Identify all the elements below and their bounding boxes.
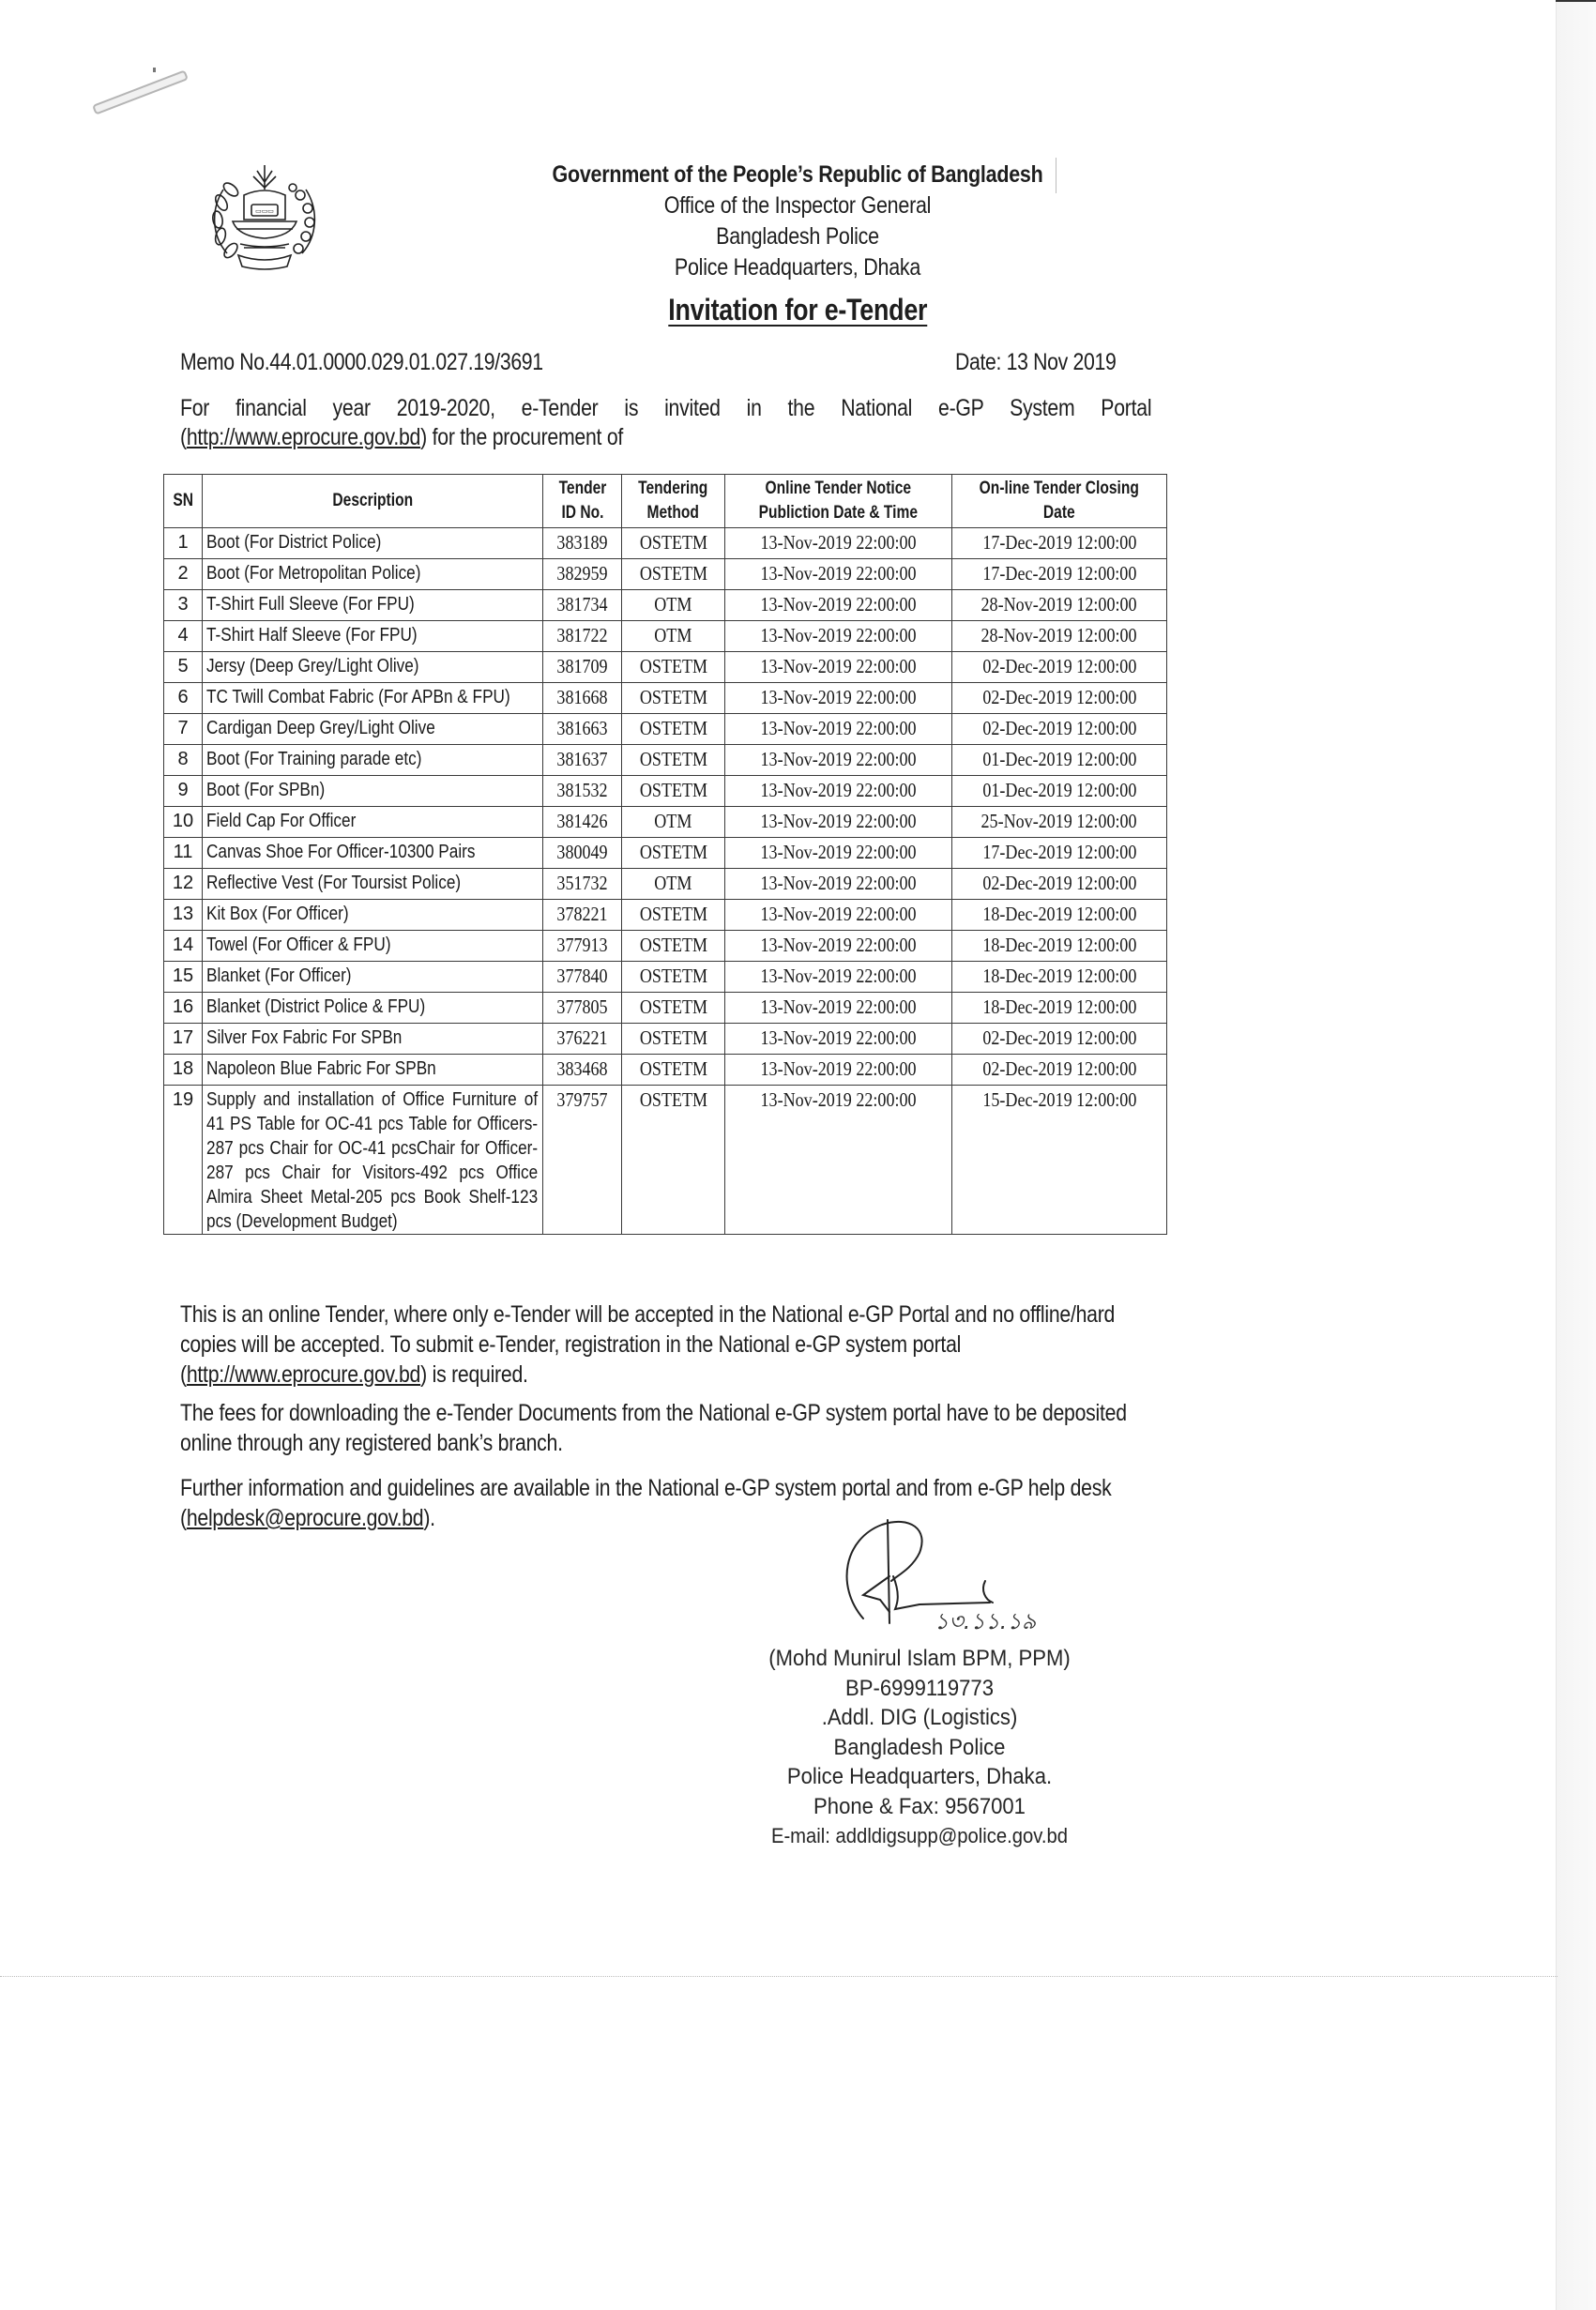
phone-fax: Phone & Fax: 9567001 [747, 1792, 1092, 1822]
table-row: 9Boot (For SPBn)381532OSTETM13-Nov-2019 … [164, 776, 1167, 807]
row-publication-date-text: 13-Nov-2019 22:00:00 [760, 962, 916, 990]
paren: ( [180, 424, 187, 450]
row-description: Towel (For Officer & FPU) [203, 931, 543, 962]
signatory-office: Police Headquarters, Dhaka. [747, 1762, 1092, 1792]
row-tender-id: 377840 [543, 962, 622, 993]
row-description: Supply and installation of Office Furnit… [203, 1086, 543, 1235]
column-header-label: SN [173, 489, 193, 513]
row-description: T-Shirt Full Sleeve (For FPU) [203, 590, 543, 621]
row-description: Boot (For Metropolitan Police) [203, 559, 543, 590]
row-description: Blanket (District Police & FPU) [203, 993, 543, 1024]
scan-edge-strip [1556, 0, 1596, 2310]
row-sn-text: 18 [173, 1058, 193, 1079]
row-sn-text: 17 [173, 1027, 193, 1048]
table-row: 6TC Twill Combat Fabric (For APBn & FPU)… [164, 683, 1167, 714]
row-method: OSTETM [622, 838, 725, 869]
row-sn-text: 14 [173, 935, 193, 955]
row-sn-text: 6 [177, 687, 188, 707]
row-closing-date-text: 02-Dec-2019 12:00:00 [982, 714, 1136, 742]
row-publication-date: 13-Nov-2019 22:00:00 [725, 714, 952, 745]
row-tender-id: 351732 [543, 869, 622, 900]
row-tender-id: 381426 [543, 807, 622, 838]
row-sn-text: 9 [177, 780, 188, 800]
row-method: OSTETM [622, 1086, 725, 1235]
row-publication-date: 13-Nov-2019 22:00:00 [725, 776, 952, 807]
table-row: 18Napoleon Blue Fabric For SPBn383468OST… [164, 1055, 1167, 1086]
row-tender-id: 377913 [543, 931, 622, 962]
intro-rest: for the procurement of [427, 424, 623, 450]
row-publication-date: 13-Nov-2019 22:00:00 [725, 1055, 952, 1086]
row-closing-date: 02-Dec-2019 12:00:00 [952, 714, 1167, 745]
row-closing-date-text: 17-Dec-2019 12:00:00 [982, 528, 1136, 556]
row-tender-id-text: 381734 [556, 590, 607, 618]
row-closing-date: 02-Dec-2019 12:00:00 [952, 683, 1167, 714]
row-tender-id: 379757 [543, 1086, 622, 1235]
row-method-text: OSTETM [639, 1086, 707, 1114]
row-tender-id-text: 382959 [556, 559, 607, 587]
row-method-text: OSTETM [639, 1024, 707, 1052]
row-tender-id-text: 381532 [556, 776, 607, 804]
row-description: Field Cap For Officer [203, 807, 543, 838]
row-publication-date-text: 13-Nov-2019 22:00:00 [760, 528, 916, 556]
row-method: OSTETM [622, 931, 725, 962]
organization-name: Bangladesh Police [354, 221, 1241, 252]
row-sn: 15 [164, 962, 203, 993]
row-tender-id: 380049 [543, 838, 622, 869]
memo-date: Date: 13 Nov 2019 [955, 349, 1116, 376]
row-tender-id-text: 351732 [556, 869, 607, 897]
row-method: OSTETM [622, 900, 725, 931]
row-tender-id-text: 383189 [556, 528, 607, 556]
row-tender-id: 381734 [543, 590, 622, 621]
row-closing-date: 18-Dec-2019 12:00:00 [952, 900, 1167, 931]
table-header-row: SNDescriptionTenderID No.TenderingMethod… [164, 475, 1167, 528]
header-line-2: Publiction Date & Time [759, 503, 918, 523]
row-tender-id-text: 377840 [556, 962, 607, 990]
row-description-text: Boot (For District Police) [206, 530, 538, 555]
office-name: Office of the Inspector General [354, 190, 1241, 221]
row-description-text: Supply and installation of Office Furnit… [206, 1087, 538, 1234]
row-description-text: Reflective Vest (For Toursist Police) [206, 871, 538, 895]
row-method-text: OSTETM [639, 745, 707, 773]
row-description: Silver Fox Fabric For SPBn [203, 1024, 543, 1055]
row-method-text: OSTETM [639, 993, 707, 1021]
row-publication-date-text: 13-Nov-2019 22:00:00 [760, 714, 916, 742]
row-publication-date: 13-Nov-2019 22:00:00 [725, 652, 952, 683]
table-row: 5Jersy (Deep Grey/Light Olive)381709OSTE… [164, 652, 1167, 683]
header-line-2: ID No. [561, 503, 603, 523]
row-publication-date: 13-Nov-2019 22:00:00 [725, 900, 952, 931]
row-tender-id: 382959 [543, 559, 622, 590]
row-closing-date: 02-Dec-2019 12:00:00 [952, 1024, 1167, 1055]
p1-text-end: ) is required. [420, 1361, 528, 1388]
row-publication-date: 13-Nov-2019 22:00:00 [725, 1024, 952, 1055]
row-closing-date: 18-Dec-2019 12:00:00 [952, 993, 1167, 1024]
table-row: 4T-Shirt Half Sleeve (For FPU)381722OTM1… [164, 621, 1167, 652]
row-description: Reflective Vest (For Toursist Police) [203, 869, 543, 900]
scan-speck [153, 68, 156, 72]
row-method: OSTETM [622, 528, 725, 559]
row-sn-text: 1 [177, 532, 188, 553]
letterhead: Government of the People’s Republic of B… [281, 160, 1314, 283]
helpdesk-email-link[interactable]: helpdesk@eprocure.gov.bd [187, 1505, 424, 1531]
row-sn: 11 [164, 838, 203, 869]
row-closing-date-text: 02-Dec-2019 12:00:00 [982, 1024, 1136, 1052]
row-description-text: Napoleon Blue Fabric For SPBn [206, 1056, 538, 1081]
table-row: 15Blanket (For Officer)377840OSTETM13-No… [164, 962, 1167, 993]
row-sn-text: 7 [177, 718, 188, 738]
header-line-1: On-line Tender Closing [980, 479, 1139, 498]
row-sn: 10 [164, 807, 203, 838]
row-publication-date: 13-Nov-2019 22:00:00 [725, 745, 952, 776]
tender-table: SNDescriptionTenderID No.TenderingMethod… [163, 474, 1167, 1235]
scan-edge-line [1556, 0, 1596, 2]
row-closing-date-text: 25-Nov-2019 12:00:00 [981, 807, 1137, 835]
row-sn-text: 4 [177, 625, 188, 646]
row-sn-text: 10 [173, 811, 193, 831]
row-closing-date: 02-Dec-2019 12:00:00 [952, 652, 1167, 683]
row-publication-date-text: 13-Nov-2019 22:00:00 [760, 1086, 916, 1114]
location-name: Police Headquarters, Dhaka [354, 252, 1241, 283]
row-description-text: TC Twill Combat Fabric (For APBn & FPU) [206, 685, 538, 709]
table-row: 3T-Shirt Full Sleeve (For FPU)381734OTM1… [164, 590, 1167, 621]
row-publication-date-text: 13-Nov-2019 22:00:00 [760, 900, 916, 928]
row-sn: 6 [164, 683, 203, 714]
row-tender-id-text: 379757 [556, 1086, 607, 1114]
row-sn-text: 2 [177, 563, 188, 584]
row-description-text: Boot (For Metropolitan Police) [206, 561, 538, 585]
table-row: 1Boot (For District Police)383189OSTETM1… [164, 528, 1167, 559]
government-name: Government of the People’s Republic of B… [354, 160, 1241, 190]
row-description: Napoleon Blue Fabric For SPBn [203, 1055, 543, 1086]
header-line-1: Tendering [638, 479, 707, 498]
row-closing-date-text: 01-Dec-2019 12:00:00 [982, 745, 1136, 773]
row-description-text: Kit Box (For Officer) [206, 902, 538, 926]
row-sn-text: 11 [174, 842, 193, 862]
row-publication-date-text: 13-Nov-2019 22:00:00 [760, 621, 916, 649]
row-sn: 13 [164, 900, 203, 931]
row-sn: 3 [164, 590, 203, 621]
row-method: OSTETM [622, 683, 725, 714]
row-closing-date: 25-Nov-2019 12:00:00 [952, 807, 1167, 838]
row-closing-date: 17-Dec-2019 12:00:00 [952, 838, 1167, 869]
row-tender-id-text: 381637 [556, 745, 607, 773]
eprocure-link-2[interactable]: http://www.eprocure.gov.bd [187, 1361, 420, 1388]
row-publication-date-text: 13-Nov-2019 22:00:00 [760, 1024, 916, 1052]
header-line-1: Tender [558, 479, 606, 498]
column-header-label: TenderID No. [558, 477, 606, 525]
row-sn: 16 [164, 993, 203, 1024]
row-tender-id: 381668 [543, 683, 622, 714]
row-closing-date-text: 17-Dec-2019 12:00:00 [982, 559, 1136, 587]
header-line-2: Method [647, 503, 699, 523]
row-tender-id: 381532 [543, 776, 622, 807]
row-closing-date: 15-Dec-2019 12:00:00 [952, 1086, 1167, 1235]
row-closing-date: 02-Dec-2019 12:00:00 [952, 869, 1167, 900]
row-publication-date: 13-Nov-2019 22:00:00 [725, 528, 952, 559]
row-closing-date: 28-Nov-2019 12:00:00 [952, 590, 1167, 621]
row-description: Kit Box (For Officer) [203, 900, 543, 931]
header-line-1: Description [332, 491, 413, 510]
row-publication-date-text: 13-Nov-2019 22:00:00 [760, 683, 916, 711]
row-tender-id-text: 377805 [556, 993, 607, 1021]
row-closing-date-text: 18-Dec-2019 12:00:00 [982, 931, 1136, 959]
row-publication-date-text: 13-Nov-2019 22:00:00 [760, 993, 916, 1021]
row-publication-date-text: 13-Nov-2019 22:00:00 [760, 807, 916, 835]
signature-block: (Mohd Munirul Islam BPM, PPM) BP-6999119… [732, 1644, 1107, 1851]
row-publication-date-text: 13-Nov-2019 22:00:00 [760, 652, 916, 680]
row-sn: 9 [164, 776, 203, 807]
row-publication-date: 13-Nov-2019 22:00:00 [725, 621, 952, 652]
row-publication-date: 13-Nov-2019 22:00:00 [725, 1086, 952, 1235]
row-tender-id: 377805 [543, 993, 622, 1024]
row-method-text: OTM [654, 807, 692, 835]
row-method-text: OSTETM [639, 683, 707, 711]
row-method: OTM [622, 590, 725, 621]
row-closing-date-text: 28-Nov-2019 12:00:00 [981, 621, 1137, 649]
row-method-text: OSTETM [639, 528, 707, 556]
column-header-label: Online Tender NoticePubliction Date & Ti… [759, 477, 918, 525]
header-line-1: Online Tender Notice [766, 479, 912, 498]
row-closing-date: 17-Dec-2019 12:00:00 [952, 528, 1167, 559]
row-description-text: T-Shirt Full Sleeve (For FPU) [206, 592, 538, 616]
table-row: 16Blanket (District Police & FPU)377805O… [164, 993, 1167, 1024]
row-sn: 8 [164, 745, 203, 776]
row-closing-date-text: 02-Dec-2019 12:00:00 [982, 1055, 1136, 1083]
row-sn-text: 16 [173, 996, 193, 1017]
eprocure-link[interactable]: http://www.eprocure.gov.bd [187, 424, 420, 450]
row-publication-date-text: 13-Nov-2019 22:00:00 [760, 838, 916, 866]
row-publication-date-text: 13-Nov-2019 22:00:00 [760, 745, 916, 773]
row-closing-date-text: 02-Dec-2019 12:00:00 [982, 652, 1136, 680]
table-row: 11Canvas Shoe For Officer-10300 Pairs380… [164, 838, 1167, 869]
row-description-text: Blanket (District Police & FPU) [206, 995, 538, 1019]
row-publication-date-text: 13-Nov-2019 22:00:00 [760, 559, 916, 587]
column-header-label: Description [332, 489, 413, 513]
table-row: 10Field Cap For Officer381426OTM13-Nov-2… [164, 807, 1167, 838]
fees-paragraph: The fees for downloading the e-Tender Do… [180, 1398, 1151, 1458]
row-tender-id: 383189 [543, 528, 622, 559]
row-description: Blanket (For Officer) [203, 962, 543, 993]
row-method: OSTETM [622, 745, 725, 776]
row-method-text: OSTETM [639, 776, 707, 804]
row-closing-date-text: 18-Dec-2019 12:00:00 [982, 993, 1136, 1021]
row-publication-date-text: 13-Nov-2019 22:00:00 [760, 776, 916, 804]
column-header: Description [203, 475, 543, 528]
intro-paragraph: For financial year 2019-2020, e-Tender i… [180, 394, 1151, 452]
row-closing-date-text: 15-Dec-2019 12:00:00 [982, 1086, 1136, 1114]
row-description-text: T-Shirt Half Sleeve (For FPU) [206, 623, 538, 647]
row-method: OSTETM [622, 1024, 725, 1055]
row-sn: 17 [164, 1024, 203, 1055]
header-line-1: SN [173, 491, 193, 510]
row-tender-id-text: 381668 [556, 683, 607, 711]
row-publication-date-text: 13-Nov-2019 22:00:00 [760, 1055, 916, 1083]
row-tender-id-text: 377913 [556, 931, 607, 959]
row-description: TC Twill Combat Fabric (For APBn & FPU) [203, 683, 543, 714]
row-publication-date-text: 13-Nov-2019 22:00:00 [760, 869, 916, 897]
row-publication-date: 13-Nov-2019 22:00:00 [725, 838, 952, 869]
column-header: SN [164, 475, 203, 528]
row-publication-date-text: 13-Nov-2019 22:00:00 [760, 590, 916, 618]
table-row: 7Cardigan Deep Grey/Light Olive381663OST… [164, 714, 1167, 745]
row-tender-id-text: 381663 [556, 714, 607, 742]
intro-line: For financial year 2019-2020, e-Tender i… [180, 394, 1151, 423]
table-row: 13Kit Box (For Officer)378221OSTETM13-No… [164, 900, 1167, 931]
row-description: Jersy (Deep Grey/Light Olive) [203, 652, 543, 683]
header-line-2: Date [1043, 503, 1075, 523]
row-sn-text: 3 [177, 594, 188, 615]
row-closing-date: 01-Dec-2019 12:00:00 [952, 745, 1167, 776]
table-row: 8Boot (For Training parade etc)381637OST… [164, 745, 1167, 776]
table-row: 14Towel (For Officer & FPU)377913OSTETM1… [164, 931, 1167, 962]
row-method-text: OSTETM [639, 900, 707, 928]
row-method-text: OSTETM [639, 838, 707, 866]
row-publication-date: 13-Nov-2019 22:00:00 [725, 590, 952, 621]
row-description-text: Boot (For Training parade etc) [206, 747, 538, 771]
row-description: Boot (For District Police) [203, 528, 543, 559]
row-method-text: OSTETM [639, 962, 707, 990]
row-description-text: Silver Fox Fabric For SPBn [206, 1026, 538, 1050]
signatory-organization: Bangladesh Police [747, 1733, 1092, 1763]
row-method: OTM [622, 807, 725, 838]
table-row: 12Reflective Vest (For Toursist Police)3… [164, 869, 1167, 900]
row-method: OSTETM [622, 652, 725, 683]
table-row: 17Silver Fox Fabric For SPBn376221OSTETM… [164, 1024, 1167, 1055]
row-method: OSTETM [622, 993, 725, 1024]
column-header-label: On-line Tender ClosingDate [980, 477, 1139, 525]
row-publication-date: 13-Nov-2019 22:00:00 [725, 993, 952, 1024]
document-title: Invitation for e-Tender [281, 293, 1314, 327]
row-sn: 5 [164, 652, 203, 683]
row-sn-text: 8 [177, 749, 188, 769]
column-header-label: TenderingMethod [638, 477, 707, 525]
row-tender-id-text: 380049 [556, 838, 607, 866]
p3-text-end: ). [423, 1505, 434, 1531]
row-method-text: OSTETM [639, 559, 707, 587]
row-sn-text: 19 [173, 1089, 193, 1110]
row-tender-id-text: 381426 [556, 807, 607, 835]
row-method-text: OTM [654, 590, 692, 618]
row-method: OSTETM [622, 559, 725, 590]
row-publication-date: 13-Nov-2019 22:00:00 [725, 559, 952, 590]
designation: .Addl. DIG (Logistics) [747, 1703, 1092, 1733]
row-method: OTM [622, 869, 725, 900]
row-sn-text: 15 [173, 965, 193, 986]
row-tender-id: 378221 [543, 900, 622, 931]
row-description: T-Shirt Half Sleeve (For FPU) [203, 621, 543, 652]
row-description-text: Blanket (For Officer) [206, 964, 538, 988]
staple-mark [92, 69, 189, 114]
column-header: On-line Tender ClosingDate [952, 475, 1167, 528]
table-row: 2Boot (For Metropolitan Police)382959OST… [164, 559, 1167, 590]
bp-number: BP-6999119773 [747, 1674, 1092, 1704]
row-method-text: OSTETM [639, 652, 707, 680]
online-tender-paragraph: This is an online Tender, where only e-T… [180, 1299, 1151, 1390]
row-method: OSTETM [622, 1055, 725, 1086]
table-body: 1Boot (For District Police)383189OSTETM1… [164, 528, 1167, 1235]
column-header: Online Tender NoticePubliction Date & Ti… [725, 475, 952, 528]
row-description-text: Boot (For SPBn) [206, 778, 538, 802]
row-method-text: OSTETM [639, 1055, 707, 1083]
row-sn-text: 12 [173, 873, 193, 893]
row-publication-date: 13-Nov-2019 22:00:00 [725, 962, 952, 993]
row-description: Boot (For Training parade etc) [203, 745, 543, 776]
row-closing-date: 17-Dec-2019 12:00:00 [952, 559, 1167, 590]
row-tender-id-text: 381709 [556, 652, 607, 680]
row-description-text: Towel (For Officer & FPU) [206, 933, 538, 957]
row-method-text: OSTETM [639, 931, 707, 959]
row-closing-date: 01-Dec-2019 12:00:00 [952, 776, 1167, 807]
row-tender-id-text: 376221 [556, 1024, 607, 1052]
row-description: Cardigan Deep Grey/Light Olive [203, 714, 543, 745]
signatory-name: (Mohd Munirul Islam BPM, PPM) [747, 1644, 1092, 1674]
row-closing-date: 18-Dec-2019 12:00:00 [952, 931, 1167, 962]
row-closing-date-text: 18-Dec-2019 12:00:00 [982, 962, 1136, 990]
row-sn: 18 [164, 1055, 203, 1086]
row-publication-date: 13-Nov-2019 22:00:00 [725, 683, 952, 714]
row-publication-date-text: 13-Nov-2019 22:00:00 [760, 931, 916, 959]
row-closing-date-text: 02-Dec-2019 12:00:00 [982, 869, 1136, 897]
title-text: Invitation for e-Tender [668, 293, 927, 327]
row-method-text: OTM [654, 869, 692, 897]
signatory-email[interactable]: E-mail: addldigsupp@police.gov.bd [747, 1821, 1092, 1851]
column-header: TenderingMethod [622, 475, 725, 528]
row-method-text: OSTETM [639, 714, 707, 742]
row-tender-id: 383468 [543, 1055, 622, 1086]
row-description-text: Cardigan Deep Grey/Light Olive [206, 716, 538, 740]
row-closing-date: 18-Dec-2019 12:00:00 [952, 962, 1167, 993]
row-description-text: Canvas Shoe For Officer-10300 Pairs [206, 840, 538, 864]
row-method: OTM [622, 621, 725, 652]
row-description: Canvas Shoe For Officer-10300 Pairs [203, 838, 543, 869]
table-row: 19Supply and installation of Office Furn… [164, 1086, 1167, 1235]
row-description: Boot (For SPBn) [203, 776, 543, 807]
row-sn: 12 [164, 869, 203, 900]
row-closing-date: 28-Nov-2019 12:00:00 [952, 621, 1167, 652]
row-closing-date-text: 18-Dec-2019 12:00:00 [982, 900, 1136, 928]
row-tender-id-text: 378221 [556, 900, 607, 928]
row-closing-date-text: 28-Nov-2019 12:00:00 [981, 590, 1137, 618]
row-closing-date-text: 02-Dec-2019 12:00:00 [982, 683, 1136, 711]
row-closing-date: 02-Dec-2019 12:00:00 [952, 1055, 1167, 1086]
row-method-text: OTM [654, 621, 692, 649]
row-closing-date-text: 17-Dec-2019 12:00:00 [982, 838, 1136, 866]
scan-fold-line [0, 1976, 1558, 1977]
row-tender-id-text: 381722 [556, 621, 607, 649]
row-sn: 4 [164, 621, 203, 652]
row-sn-text: 5 [177, 656, 188, 676]
row-method: OSTETM [622, 776, 725, 807]
row-method: OSTETM [622, 962, 725, 993]
row-closing-date-text: 01-Dec-2019 12:00:00 [982, 776, 1136, 804]
row-publication-date: 13-Nov-2019 22:00:00 [725, 869, 952, 900]
svg-text:▭▭▭: ▭▭▭ [255, 207, 274, 215]
row-sn: 7 [164, 714, 203, 745]
handwritten-date: ১৩.১১.১৯ [891, 1604, 1079, 1642]
row-sn: 2 [164, 559, 203, 590]
row-description-text: Field Cap For Officer [206, 809, 538, 833]
row-tender-id: 381722 [543, 621, 622, 652]
row-method: OSTETM [622, 714, 725, 745]
row-sn: 14 [164, 931, 203, 962]
row-publication-date: 13-Nov-2019 22:00:00 [725, 931, 952, 962]
memo-number: Memo No.44.01.0000.029.01.027.19/3691 [180, 349, 543, 376]
row-sn: 1 [164, 528, 203, 559]
row-sn-text: 13 [173, 904, 193, 924]
row-tender-id: 376221 [543, 1024, 622, 1055]
row-tender-id: 381709 [543, 652, 622, 683]
